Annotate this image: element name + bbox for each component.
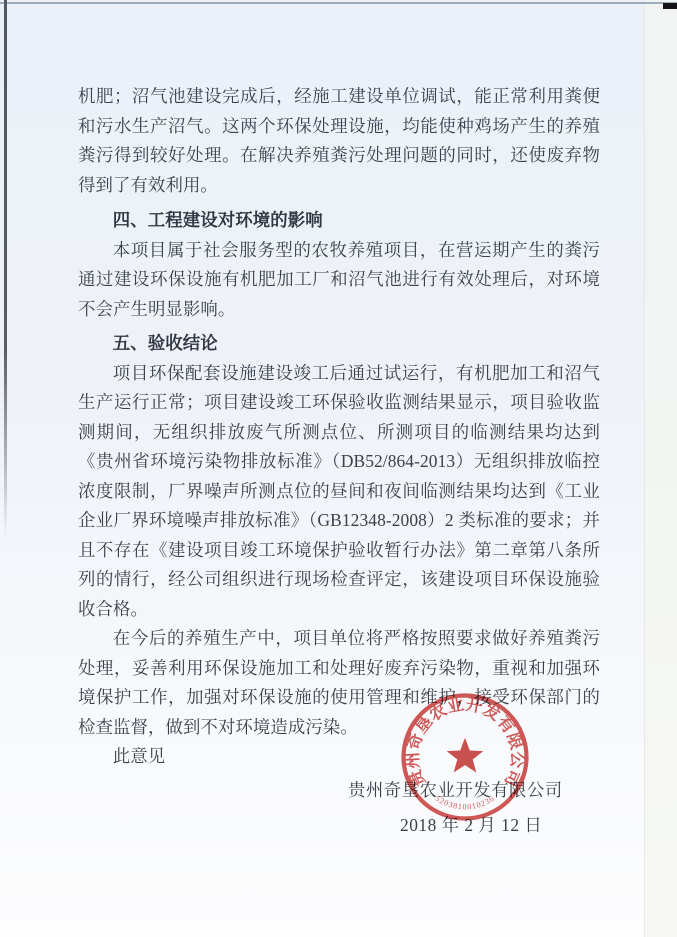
paragraph-section-4: 本项目属于社会服务型的农牧养殖项目，在营运期产生的粪污通过建设环保设施有机肥加工… xyxy=(78,236,600,325)
section-heading-4: 四、工程建设对环境的影响 xyxy=(78,206,600,236)
seal-star-icon xyxy=(447,738,484,773)
scan-right-strip xyxy=(644,0,677,937)
section-heading-5: 五、验收结论 xyxy=(78,329,600,359)
seal-number-text: 5203810010236 xyxy=(434,794,497,811)
paragraph-continuation: 机肥；沼气池建设完成后，经施工建设单位调试，能正常利用粪便和污水生产沼气。这两个… xyxy=(78,82,600,200)
company-seal: 贵州奇垦农业开发有限公司 5203810010236 xyxy=(392,684,538,830)
paragraph-acceptance-conclusion: 项目环保配套设施建设竣工后通过试运行，有机肥加工和沼气生产运行正常；项目建设竣工… xyxy=(78,359,600,625)
scan-corner-mark xyxy=(663,3,677,9)
scanned-page: 机肥；沼气池建设完成后，经施工建设单位调试，能正常利用粪便和污水生产沼气。这两个… xyxy=(0,0,677,937)
